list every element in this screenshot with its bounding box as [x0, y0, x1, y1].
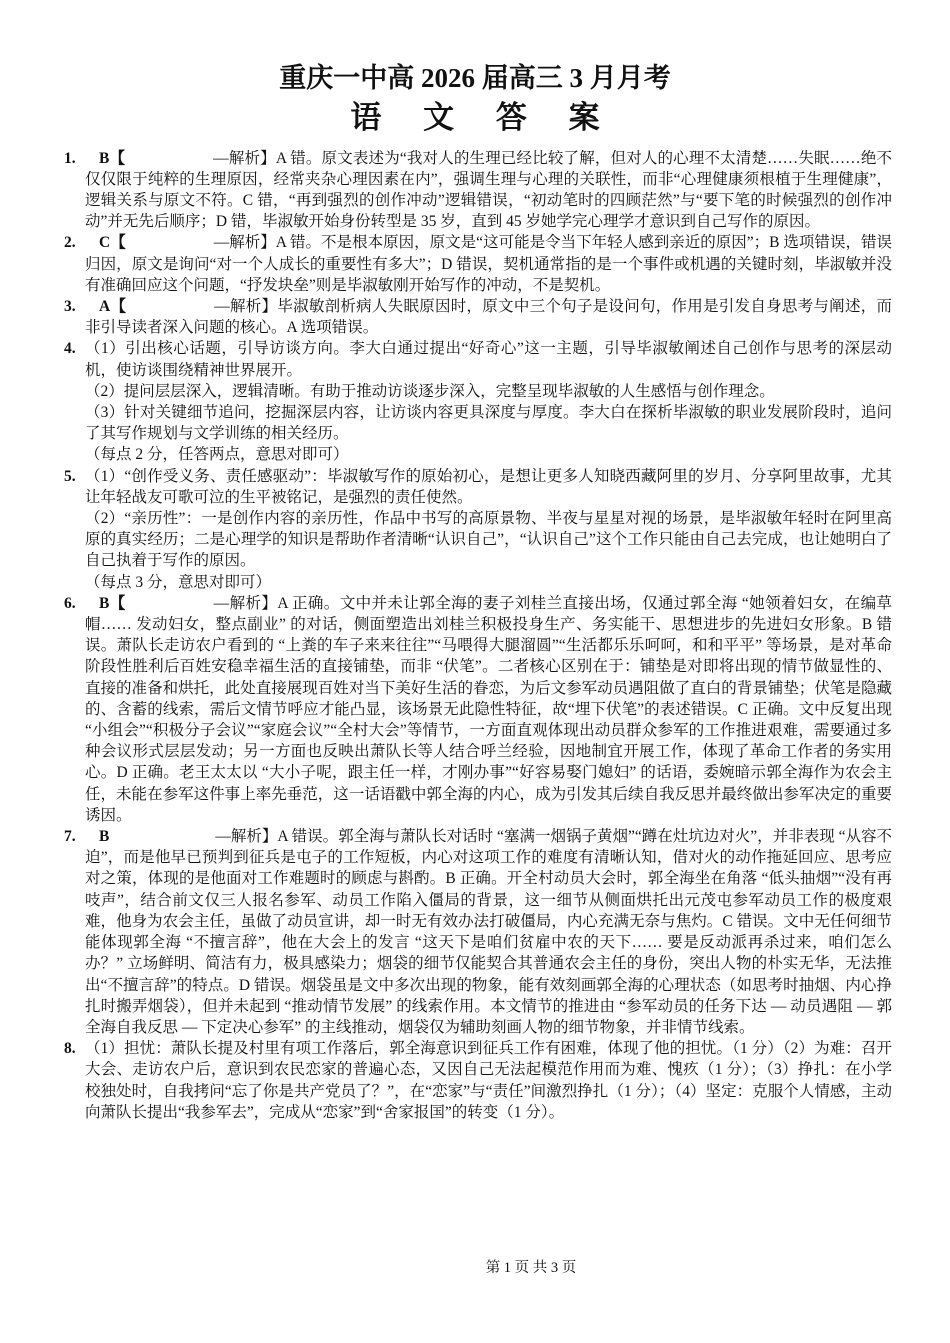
- item-number: 5.: [64, 466, 76, 487]
- answer-item-7: 7. B—解析】A 错误。郭全海与萧队长对话时 “塞满一烟锅子黄烟”“蹲在灶坑边…: [85, 826, 892, 1038]
- blank-score-space: [109, 840, 215, 841]
- explanation-text: —解析】A 错误。郭全海与萧队长对话时 “塞满一烟锅子黄烟”“蹲在灶坑边对火”，…: [85, 828, 892, 1036]
- blank-score-space: [126, 310, 214, 311]
- answer-paragraph: C【—解析】A 错。不是根本原因，原文是“这可能是令当下年轻人感到亲近的原因”；…: [85, 232, 892, 296]
- answer-paragraph: B—解析】A 错误。郭全海与萧队长对话时 “塞满一烟锅子黄烟”“蹲在灶坑边对火”…: [85, 826, 892, 1038]
- item-number: 4.: [64, 338, 76, 359]
- answer-paragraph: B【—解析】A 错。原文表述为“我对人的生理已经比较了解，但对人的心理不太清楚……: [85, 148, 892, 233]
- answer-item-5: 5. （1）“创作受义务、责任感驱动”：毕淑敏写作的原始初心，是想让更多人知晓西…: [85, 466, 892, 593]
- answer-item-4: 4. （1）引出核心话题，引导访谈方向。李大白通过提出“好奇心”这一主题，引导毕…: [85, 338, 892, 465]
- item-number: 2.: [64, 232, 76, 253]
- answer-sheet-page: 重庆一中高 2026 届高三 3 月月考 语 文 答 案 1. B【—解析】A …: [0, 0, 950, 1343]
- scoring-note: （每点 3 分，意思对即可）: [85, 572, 892, 593]
- blank-score-space: [126, 607, 214, 608]
- answer-point: （1）引出核心话题，引导访谈方向。李大白通过提出“好奇心”这一主题，引导毕淑敏阐…: [85, 338, 892, 380]
- scoring-note: （每点 2 分，任答两点，意思对即可）: [85, 444, 892, 465]
- item-number: 1.: [64, 148, 76, 169]
- answer-letter: B【: [99, 595, 126, 612]
- item-number: 8.: [64, 1038, 76, 1059]
- explanation-text: —解析】毕淑敏剖析病人失眠原因时，原文中三个句子是设问句，作用是引发自身思考与阐…: [85, 298, 892, 336]
- answer-point: （1）担忧：萧队长提及村里有项工作落后，郭全海意识到征兵工作有困难，体现了他的担…: [85, 1038, 892, 1123]
- page-title: 重庆一中高 2026 届高三 3 月月考: [0, 62, 950, 94]
- answer-item-3: 3. A【—解析】毕淑敏剖析病人失眠原因时，原文中三个句子是设问句，作用是引发自…: [85, 296, 892, 338]
- answer-point: （2）“亲历性”：一是创作内容的亲历性，作品中书写的高原景物、半夜与星星对视的场…: [85, 508, 892, 572]
- answers-list: 1. B【—解析】A 错。原文表述为“我对人的生理已经比较了解，但对人的心理不太…: [85, 148, 892, 1123]
- answer-item-6: 6. B【—解析】A 正确。文中并未让郭全海的妻子刘桂兰直接出场，仅通过郭全海 …: [85, 593, 892, 826]
- answer-item-2: 2. C【—解析】A 错。不是根本原因，原文是“这可能是令当下年轻人感到亲近的原…: [85, 232, 892, 296]
- blank-score-space: [126, 246, 214, 247]
- explanation-text: —解析】A 错。不是根本原因，原文是“这可能是令当下年轻人感到亲近的原因”；B …: [85, 234, 892, 293]
- item-number: 7.: [64, 826, 76, 847]
- page-number-footer: 第 1 页 共 3 页: [0, 1256, 950, 1277]
- item-number: 6.: [64, 593, 76, 614]
- answer-point: （1）“创作受义务、责任感驱动”：毕淑敏写作的原始初心，是想让更多人知晓西藏阿里…: [85, 466, 892, 508]
- explanation-text: —解析】A 正确。文中并未让郭全海的妻子刘桂兰直接出场，仅通过郭全海 “她领着妇…: [85, 595, 892, 824]
- page-subtitle: 语 文 答 案: [0, 99, 950, 136]
- answer-paragraph: B【—解析】A 正确。文中并未让郭全海的妻子刘桂兰直接出场，仅通过郭全海 “她领…: [85, 593, 892, 826]
- answer-item-1: 1. B【—解析】A 错。原文表述为“我对人的生理已经比较了解，但对人的心理不太…: [85, 148, 892, 233]
- answer-paragraph: A【—解析】毕淑敏剖析病人失眠原因时，原文中三个句子是设问句，作用是引发自身思考…: [85, 296, 892, 338]
- answer-letter: B: [99, 828, 109, 845]
- item-number: 3.: [64, 296, 76, 317]
- answer-letter: C【: [99, 234, 126, 251]
- answer-letter: B【: [99, 150, 125, 167]
- answer-point: （2）提问层层深入，逻辑清晰。有助于推动访谈逐步深入，完整呈现毕淑敏的人生感悟与…: [85, 381, 892, 402]
- answer-point: （3）针对关键细节追问，挖掘深层内容，让访谈内容更具深度与厚度。李大白在探析毕淑…: [85, 402, 892, 444]
- answer-letter: A【: [99, 298, 126, 315]
- answer-item-8: 8. （1）担忧：萧队长提及村里有项工作落后，郭全海意识到征兵工作有困难，体现了…: [85, 1038, 892, 1123]
- blank-score-space: [125, 162, 213, 163]
